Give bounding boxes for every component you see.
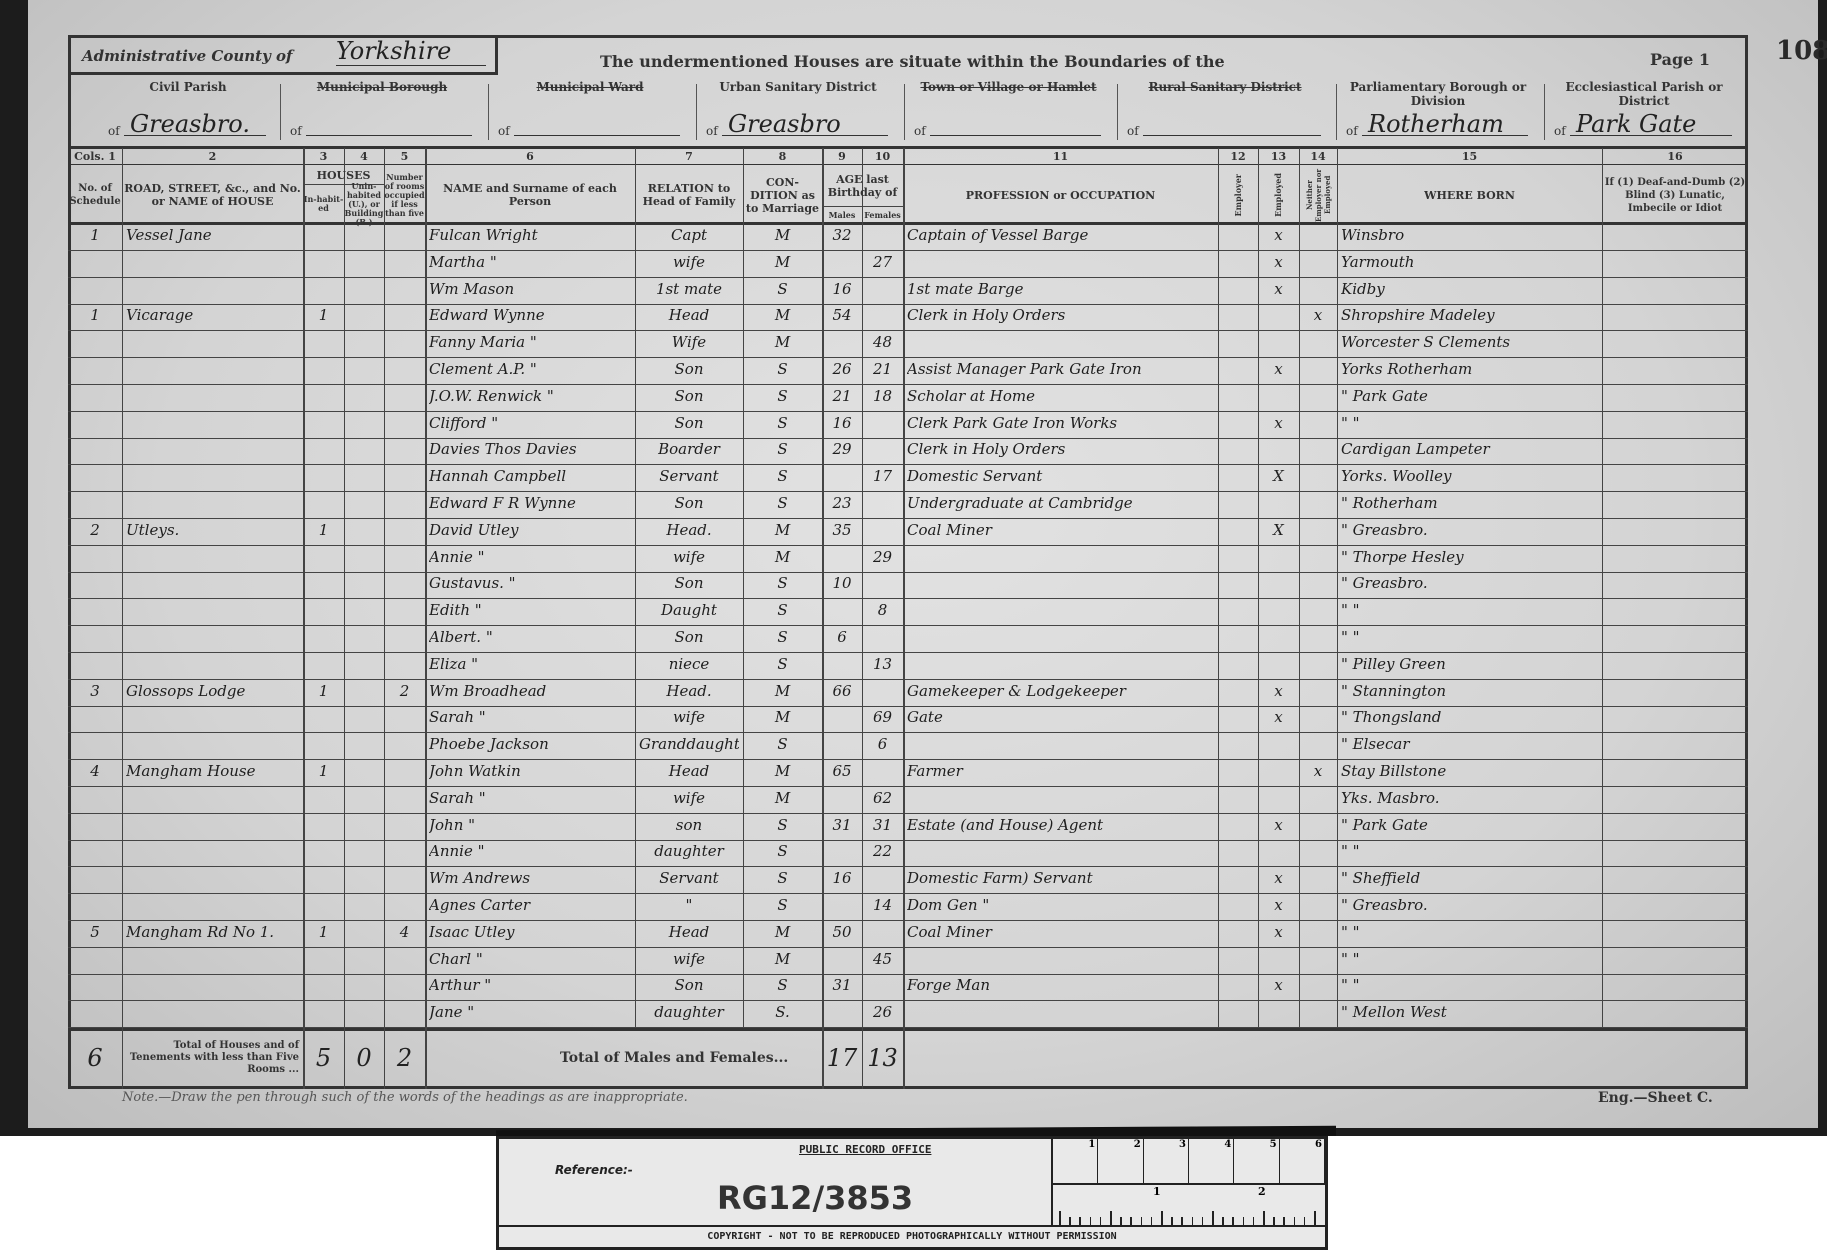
cell-born: " " xyxy=(1341,842,1598,866)
cell-neither: x xyxy=(1303,306,1333,330)
cell-sched xyxy=(72,387,118,411)
cell-employer xyxy=(1222,414,1254,438)
cell-rooms xyxy=(388,306,421,330)
cell-employer xyxy=(1222,521,1254,545)
table-row: Wm Mason1st mateS161st mate BargexKidby xyxy=(68,278,1748,305)
cell-m xyxy=(826,735,858,759)
cell-unin xyxy=(348,708,380,732)
cell-employer xyxy=(1222,601,1254,625)
cell-m xyxy=(826,950,858,974)
cell-neither xyxy=(1303,708,1333,732)
cell-occ: Domestic Servant xyxy=(907,467,1214,491)
cell-cond: S xyxy=(747,816,818,840)
cell-neither: x xyxy=(1303,762,1333,786)
cell-inh: 1 xyxy=(307,306,340,330)
cell-employer xyxy=(1222,896,1254,920)
cell-born: Worcester S Clements xyxy=(1341,333,1598,357)
cell-rel: daughter xyxy=(639,1003,739,1027)
cell-m xyxy=(826,1003,858,1027)
cell-addr xyxy=(126,414,299,438)
cell-occ xyxy=(907,574,1214,598)
cell-sched xyxy=(72,976,118,1000)
cell-m xyxy=(826,467,858,491)
cell-rel: Boarder xyxy=(639,440,739,464)
cell-addr xyxy=(126,387,299,411)
county-value: Yorkshire xyxy=(336,37,486,66)
header-uninhabited: Unin-habited (U.), or Building (B.) xyxy=(344,186,384,222)
cell-unin xyxy=(348,816,380,840)
cell-name: David Utley xyxy=(429,521,631,545)
cell-addr xyxy=(126,494,299,518)
cell-unin xyxy=(348,762,380,786)
cell-unin xyxy=(348,923,380,947)
cell-inf xyxy=(1606,628,1744,652)
cell-m: 23 xyxy=(826,494,858,518)
cell-cond: S xyxy=(747,976,818,1000)
cell-rel: Head. xyxy=(639,521,739,545)
cell-inh xyxy=(307,628,340,652)
cell-sched: 2 xyxy=(72,521,118,545)
area-civil-parish: Civil Parish of Greasbro. xyxy=(100,78,276,146)
cell-unin xyxy=(348,226,380,250)
cell-cond: S xyxy=(747,601,818,625)
table-row: Annie "wifeM29" Thorpe Hesley xyxy=(68,546,1748,573)
cell-occ: Captain of Vessel Barge xyxy=(907,226,1214,250)
cell-rooms xyxy=(388,467,421,491)
footer-note: Note.—Draw the pen through such of the w… xyxy=(122,1090,688,1105)
cell-f: 26 xyxy=(866,1003,899,1027)
cell-sched: 3 xyxy=(72,682,118,706)
cell-employed: x xyxy=(1262,253,1295,277)
cell-inf xyxy=(1606,816,1744,840)
cell-rel: Head. xyxy=(639,682,739,706)
cell-rooms xyxy=(388,226,421,250)
cell-employer xyxy=(1222,869,1254,893)
cell-sched: 1 xyxy=(72,306,118,330)
cell-rooms xyxy=(388,333,421,357)
cell-employer xyxy=(1222,226,1254,250)
cell-sched xyxy=(72,708,118,732)
cell-rooms xyxy=(388,950,421,974)
cell-employer xyxy=(1222,628,1254,652)
cell-neither xyxy=(1303,440,1333,464)
cell-rel: Servant xyxy=(639,467,739,491)
cell-neither xyxy=(1303,735,1333,759)
cell-employed: x xyxy=(1262,976,1295,1000)
cell-sched xyxy=(72,280,118,304)
cell-employed: x xyxy=(1262,708,1295,732)
cell-inh xyxy=(307,387,340,411)
cell-m: 31 xyxy=(826,976,858,1000)
cell-cond: M xyxy=(747,789,818,813)
cell-name: Eliza " xyxy=(429,655,631,679)
table-row: Arthur "SonS31Forge Manx" " xyxy=(68,974,1748,1001)
cell-rooms xyxy=(388,548,421,572)
header-employer: Employer xyxy=(1218,168,1258,222)
cell-employed xyxy=(1262,735,1295,759)
cell-born: " Greasbro. xyxy=(1341,896,1598,920)
cell-sched xyxy=(72,628,118,652)
cell-rel: Daught xyxy=(639,601,739,625)
cell-name: Annie " xyxy=(429,842,631,866)
table-row: 3Glossops Lodge12Wm BroadheadHead.M66Gam… xyxy=(68,680,1748,707)
cell-rooms xyxy=(388,842,421,866)
cell-born: " " xyxy=(1341,601,1598,625)
cell-occ xyxy=(907,842,1214,866)
cell-cond: M xyxy=(747,682,818,706)
cell-employer xyxy=(1222,923,1254,947)
cell-rooms xyxy=(388,762,421,786)
cell-neither xyxy=(1303,467,1333,491)
civil-parish-value: Greasbro. xyxy=(130,110,250,138)
cell-inf xyxy=(1606,440,1744,464)
cell-rel: Son xyxy=(639,414,739,438)
cell-f: 8 xyxy=(866,601,899,625)
public-record-office-label: PUBLIC RECORD OFFICE xyxy=(799,1143,931,1156)
cell-f xyxy=(866,521,899,545)
cell-occ: Domestic Farm) Servant xyxy=(907,869,1214,893)
table-row: 5Mangham Rd No 1.14Isaac UtleyHeadM50Coa… xyxy=(68,921,1748,948)
cell-inh xyxy=(307,440,340,464)
totals-houses-label: Total of Houses and of Tenements with le… xyxy=(124,1040,299,1076)
cell-employed xyxy=(1262,333,1295,357)
cell-employer xyxy=(1222,976,1254,1000)
cell-born: " " xyxy=(1341,976,1598,1000)
cell-m: 66 xyxy=(826,682,858,706)
table-row: Gustavus. "SonS10" Greasbro. xyxy=(68,572,1748,599)
cell-name: Edith " xyxy=(429,601,631,625)
cell-occ xyxy=(907,789,1214,813)
table-row: Sarah "wifeM69Gatex" Thongsland xyxy=(68,706,1748,733)
cell-inh xyxy=(307,494,340,518)
cell-m xyxy=(826,842,858,866)
cell-rooms xyxy=(388,574,421,598)
cell-neither xyxy=(1303,414,1333,438)
cell-rel: Granddaughter xyxy=(639,735,739,759)
cell-neither xyxy=(1303,655,1333,679)
header-name: NAME and Surname of each Person xyxy=(425,168,635,222)
cell-neither xyxy=(1303,682,1333,706)
cell-employer xyxy=(1222,333,1254,357)
cell-born: " Sheffield xyxy=(1341,869,1598,893)
cell-neither xyxy=(1303,896,1333,920)
cell-m xyxy=(826,601,858,625)
cell-employed: X xyxy=(1262,521,1295,545)
cell-cond: M xyxy=(747,548,818,572)
cell-born: " " xyxy=(1341,414,1598,438)
cell-unin xyxy=(348,976,380,1000)
cell-neither xyxy=(1303,869,1333,893)
cell-f: 31 xyxy=(866,816,899,840)
cell-addr xyxy=(126,467,299,491)
cell-occ xyxy=(907,628,1214,652)
cell-occ: Clerk in Holy Orders xyxy=(907,440,1214,464)
cell-name: Charl " xyxy=(429,950,631,974)
page-stamp: 108 xyxy=(1776,36,1827,66)
cell-rooms xyxy=(388,1003,421,1027)
cell-addr xyxy=(126,360,299,384)
cell-rel: Head xyxy=(639,762,739,786)
cell-sched xyxy=(72,440,118,464)
reference-card: PUBLIC RECORD OFFICE Reference:- RG12/38… xyxy=(496,1136,1328,1250)
cell-inf xyxy=(1606,601,1744,625)
header-where-born: WHERE BORN xyxy=(1337,168,1602,222)
cell-unin xyxy=(348,896,380,920)
cell-f: 27 xyxy=(866,253,899,277)
cell-rel: wife xyxy=(639,548,739,572)
cell-sched xyxy=(72,548,118,572)
cell-born: " Elsecar xyxy=(1341,735,1598,759)
cell-addr: Utleys. xyxy=(126,521,299,545)
table-row: Charl "wifeM45" " xyxy=(68,948,1748,975)
cell-sched xyxy=(72,494,118,518)
cell-addr xyxy=(126,896,299,920)
cell-neither xyxy=(1303,1003,1333,1027)
cell-unin xyxy=(348,333,380,357)
cell-born: " " xyxy=(1341,628,1598,652)
cell-rel: daughter xyxy=(639,842,739,866)
cell-inh: 1 xyxy=(307,923,340,947)
cell-cond: M xyxy=(747,950,818,974)
cell-cond: S xyxy=(747,467,818,491)
table-row: Wm AndrewsServantS16Domestic Farm) Serva… xyxy=(68,867,1748,894)
cell-unin xyxy=(348,521,380,545)
cell-occ: Forge Man xyxy=(907,976,1214,1000)
cell-born: Yorks Rotherham xyxy=(1341,360,1598,384)
county-label: Administrative County of xyxy=(82,47,292,65)
cell-inf xyxy=(1606,1003,1744,1027)
cell-rel: Son xyxy=(639,494,739,518)
cell-inf xyxy=(1606,896,1744,920)
cell-neither xyxy=(1303,628,1333,652)
header-address: ROAD, STREET, &c., and No. or NAME of HO… xyxy=(122,168,303,222)
cell-unin xyxy=(348,414,380,438)
cell-m xyxy=(826,896,858,920)
cell-rooms xyxy=(388,494,421,518)
ecclesiastical-value: Park Gate xyxy=(1576,110,1696,138)
cell-neither xyxy=(1303,950,1333,974)
cell-inf xyxy=(1606,950,1744,974)
header-females: Females xyxy=(862,206,903,223)
cell-employer xyxy=(1222,253,1254,277)
cell-name: Edward Wynne xyxy=(429,306,631,330)
total-uninhabited: 0 xyxy=(344,1044,384,1072)
table-row: Agnes Carter"S14Dom Gen "x" Greasbro. xyxy=(68,894,1748,921)
cell-f: 22 xyxy=(866,842,899,866)
cell-occ: Coal Miner xyxy=(907,521,1214,545)
cell-employer xyxy=(1222,467,1254,491)
cell-m: 54 xyxy=(826,306,858,330)
cell-m xyxy=(826,655,858,679)
cell-addr: Glossops Lodge xyxy=(126,682,299,706)
cell-f: 45 xyxy=(866,950,899,974)
cell-born: Yarmouth xyxy=(1341,253,1598,277)
cell-cond: M xyxy=(747,306,818,330)
cell-addr xyxy=(126,574,299,598)
cell-name: Phoebe Jackson xyxy=(429,735,631,759)
cell-employer xyxy=(1222,280,1254,304)
cell-employed: x xyxy=(1262,360,1295,384)
cell-f xyxy=(866,494,899,518)
table-row: John "sonS3131Estate (and House) Agentx"… xyxy=(68,814,1748,841)
cell-employer xyxy=(1222,950,1254,974)
cell-sched: 1 xyxy=(72,226,118,250)
cell-rooms xyxy=(388,253,421,277)
cell-occ: Estate (and House) Agent xyxy=(907,816,1214,840)
area-ecclesiastical-parish: Ecclesiastical Parish or District of Par… xyxy=(1546,78,1742,146)
cell-inh xyxy=(307,333,340,357)
cell-f: 14 xyxy=(866,896,899,920)
cell-sched xyxy=(72,735,118,759)
cell-name: Sarah " xyxy=(429,789,631,813)
cell-inh xyxy=(307,976,340,1000)
cell-born: " Thorpe Hesley xyxy=(1341,548,1598,572)
cell-f: 69 xyxy=(866,708,899,732)
cell-employed xyxy=(1262,628,1295,652)
cell-cond: M xyxy=(747,226,818,250)
cell-addr xyxy=(126,280,299,304)
cell-employed xyxy=(1262,306,1295,330)
cell-employer xyxy=(1222,682,1254,706)
boundaries-banner: The undermentioned Houses are situate wi… xyxy=(600,52,1225,71)
cell-inf xyxy=(1606,387,1744,411)
cell-addr xyxy=(126,976,299,1000)
cell-name: J.O.W. Renwick " xyxy=(429,387,631,411)
cell-inh xyxy=(307,816,340,840)
cell-cond: M xyxy=(747,521,818,545)
cell-born: Yks. Masbro. xyxy=(1341,789,1598,813)
cell-occ: Undergraduate at Cambridge xyxy=(907,494,1214,518)
table-row: Annie "daughterS22" " xyxy=(68,840,1748,867)
scale-ruler: 1 2 3 4 5 6 1 2 xyxy=(1051,1139,1325,1227)
cell-neither xyxy=(1303,789,1333,813)
cell-rel: Wife xyxy=(639,333,739,357)
cell-inf xyxy=(1606,360,1744,384)
cell-sched xyxy=(72,896,118,920)
cell-addr xyxy=(126,548,299,572)
cell-occ: Scholar at Home xyxy=(907,387,1214,411)
cell-sched xyxy=(72,574,118,598)
cell-inf xyxy=(1606,842,1744,866)
cell-unin xyxy=(348,842,380,866)
cell-rel: niece xyxy=(639,655,739,679)
cell-inf xyxy=(1606,869,1744,893)
cell-sched xyxy=(72,253,118,277)
cell-unin xyxy=(348,467,380,491)
cell-addr xyxy=(126,1003,299,1027)
cell-sched xyxy=(72,869,118,893)
cell-employed: x xyxy=(1262,816,1295,840)
cell-neither xyxy=(1303,494,1333,518)
cell-addr xyxy=(126,628,299,652)
header-neither: Neither Employer nor Employed xyxy=(1299,168,1337,222)
cell-employed xyxy=(1262,842,1295,866)
cell-cond: S xyxy=(747,494,818,518)
table-row: 4Mangham House1John WatkinHeadM65Farmerx… xyxy=(68,760,1748,787)
table-row: Clement A.P. "SonS2621Assist Manager Par… xyxy=(68,358,1748,385)
cell-inh xyxy=(307,1003,340,1027)
cell-inh xyxy=(307,574,340,598)
cell-neither xyxy=(1303,226,1333,250)
cell-f xyxy=(866,762,899,786)
totals-top-rule xyxy=(68,1028,1748,1031)
total-rooms: 2 xyxy=(384,1044,425,1072)
header-employed: Employed xyxy=(1258,168,1299,222)
cell-unin xyxy=(348,1003,380,1027)
cell-neither xyxy=(1303,574,1333,598)
cell-cond: S xyxy=(747,842,818,866)
cell-employer xyxy=(1222,494,1254,518)
cell-occ xyxy=(907,253,1214,277)
cell-inh xyxy=(307,226,340,250)
header-rooms: Number of rooms occupied if less than fi… xyxy=(384,168,425,222)
cell-inh xyxy=(307,601,340,625)
cell-m xyxy=(826,333,858,357)
cell-name: Fanny Maria " xyxy=(429,333,631,357)
cell-rel: son xyxy=(639,816,739,840)
cell-rooms xyxy=(388,655,421,679)
cell-inf xyxy=(1606,574,1744,598)
cell-sched xyxy=(72,655,118,679)
cell-employed xyxy=(1262,440,1295,464)
cell-occ xyxy=(907,655,1214,679)
cell-cond: S xyxy=(747,655,818,679)
cell-occ: Clerk in Holy Orders xyxy=(907,306,1214,330)
cell-addr xyxy=(126,735,299,759)
sheet-label: Eng.—Sheet C. xyxy=(1598,1090,1713,1106)
cell-m xyxy=(826,253,858,277)
cell-employer xyxy=(1222,735,1254,759)
cell-employer xyxy=(1222,708,1254,732)
cell-unin xyxy=(348,306,380,330)
cell-unin xyxy=(348,628,380,652)
cell-neither xyxy=(1303,976,1333,1000)
cell-rooms: 2 xyxy=(388,682,421,706)
cell-sched xyxy=(72,414,118,438)
cell-f xyxy=(866,440,899,464)
cell-f: 62 xyxy=(866,789,899,813)
cell-occ xyxy=(907,950,1214,974)
cell-name: Wm Andrews xyxy=(429,869,631,893)
cell-employer xyxy=(1222,655,1254,679)
cell-f xyxy=(866,280,899,304)
cell-unin xyxy=(348,789,380,813)
cell-cond: S xyxy=(747,440,818,464)
cell-m: 32 xyxy=(826,226,858,250)
cell-inh xyxy=(307,869,340,893)
cell-employed xyxy=(1262,789,1295,813)
cell-rel: Head xyxy=(639,923,739,947)
cell-addr xyxy=(126,842,299,866)
cell-rooms xyxy=(388,628,421,652)
cell-cond: S xyxy=(747,574,818,598)
header-top-rule xyxy=(68,146,1748,149)
cell-inf xyxy=(1606,521,1744,545)
cell-addr: Vessel Jane xyxy=(126,226,299,250)
cell-occ: Gate xyxy=(907,708,1214,732)
cell-rel: Son xyxy=(639,976,739,1000)
cell-born: " Thongsland xyxy=(1341,708,1598,732)
cell-rel: Son xyxy=(639,628,739,652)
cell-unin xyxy=(348,548,380,572)
cell-employed xyxy=(1262,1003,1295,1027)
cell-rel: Servant xyxy=(639,869,739,893)
cell-addr xyxy=(126,333,299,357)
cell-addr xyxy=(126,816,299,840)
cell-inf xyxy=(1606,735,1744,759)
cell-employed xyxy=(1262,655,1295,679)
table-row: Martha "wifeM27xYarmouth xyxy=(68,251,1748,278)
